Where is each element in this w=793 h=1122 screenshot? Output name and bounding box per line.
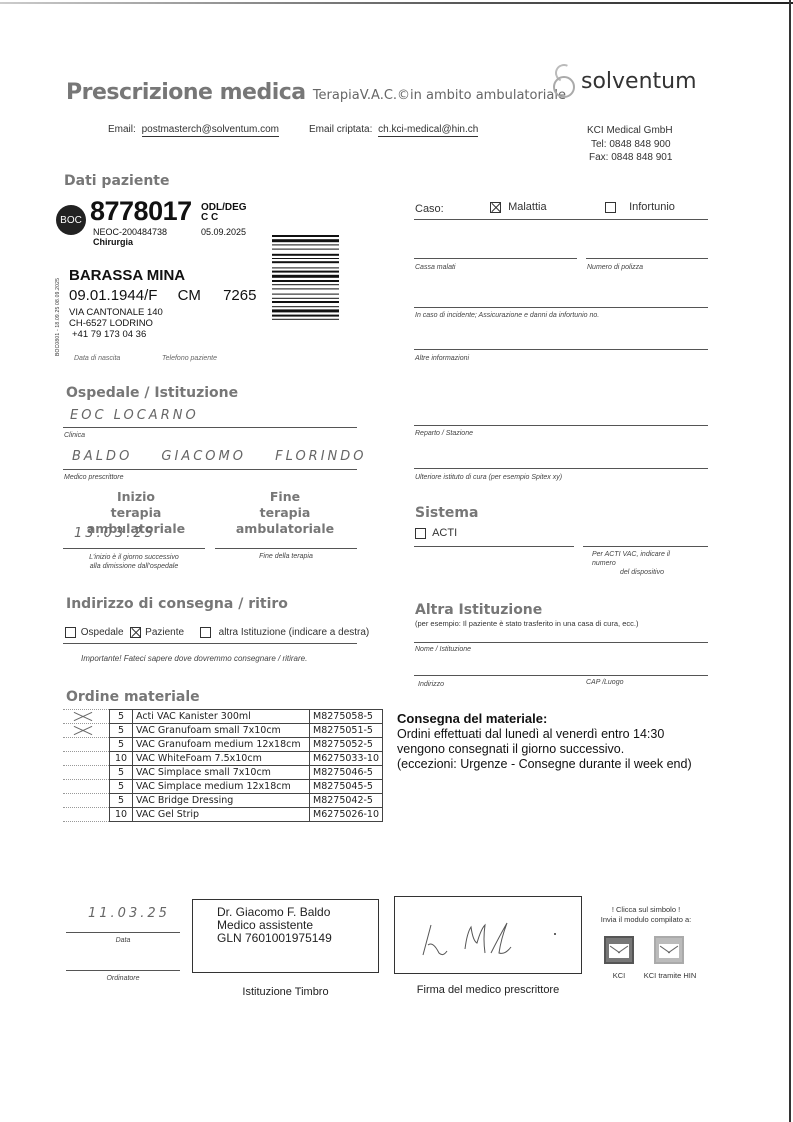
orderer-caption: Ordinatore (66, 975, 180, 982)
row-code: M8275045-5 (310, 780, 383, 794)
therapy-end-field[interactable] (215, 548, 357, 549)
case-label: Caso: (415, 203, 444, 215)
infortunio-checkbox[interactable] (605, 202, 616, 213)
malattia-label: Malattia (508, 201, 547, 213)
ward-field[interactable] (414, 425, 708, 426)
start-caption-1: L'inizio è il giorno successivo (63, 553, 205, 562)
row-description: VAC Granufoam small 7x10cm (133, 724, 310, 738)
table-row: 5VAC Bridge DressingM8275042-5 (63, 794, 383, 808)
device-caption-3: del dispositivo (592, 568, 670, 577)
solventum-logo: solventum (553, 64, 697, 98)
start-caption-2: alla dimissione dall'ospedale (63, 562, 205, 571)
patient-section-title: Dati paziente (64, 173, 170, 189)
delivery-patient-label: Paziente (145, 627, 184, 638)
end-title-1: Fine (215, 489, 355, 505)
row-description: VAC WhiteFoam 7.5x10cm (133, 752, 310, 766)
send-hint-1: ! Clicca sul simbolo ! (590, 905, 702, 915)
orderer-field[interactable] (66, 970, 180, 971)
row-qty: 5 (110, 780, 133, 794)
table-row: 5Acti VAC Kanister 300mlM8275058-5 (63, 710, 383, 724)
policy-caption: Numero di polizza (587, 264, 643, 271)
signature-scribble (395, 897, 581, 973)
scan-top-edge (0, 2, 793, 4)
therapy-start-line (63, 548, 205, 549)
patient-code: 7265 (223, 287, 256, 304)
email-row: Email: postmasterch@solventum.com (108, 124, 279, 135)
row-code: M6275033-10 (310, 752, 383, 766)
company-contact: KCI Medical GmbH Tel: 0848 848 900 Fax: … (587, 124, 673, 165)
address-line-2: CH-6527 LODRINO (69, 318, 163, 329)
other-institution-address-field[interactable] (414, 675, 708, 676)
signature-box[interactable] (394, 896, 582, 974)
other-info-field[interactable] (414, 349, 708, 350)
therapy-end-caption: Fine della terapia (215, 553, 357, 560)
insurer-field[interactable] (414, 258, 577, 259)
delivery-info: Consegna del materiale: Ordini effettuat… (397, 711, 692, 772)
row-code: M8275042-5 (310, 794, 383, 808)
doctor-line (63, 469, 357, 470)
table-row: 10VAC Gel StripM6275026-10 (63, 808, 383, 822)
row-mark[interactable] (63, 724, 110, 738)
row-description: VAC Granufoam medium 12x18cm (133, 738, 310, 752)
other-institution-address-caption: Indirizzo (418, 681, 444, 688)
other-institution-name-field[interactable] (414, 642, 708, 643)
clinic-line (63, 427, 357, 428)
encrypted-email-link[interactable]: ch.kci-medical@hin.ch (378, 124, 478, 137)
row-mark[interactable] (63, 794, 110, 808)
row-description: VAC Simplace small 7x10cm (133, 766, 310, 780)
date-caption: Data (66, 937, 180, 944)
delivery-hospital-checkbox[interactable] (65, 627, 76, 638)
send-hin-button[interactable] (654, 936, 684, 964)
table-row: 5VAC Simplace small 7x10cmM8275046-5 (63, 766, 383, 780)
other-institution-title: Altra Istituzione (415, 602, 542, 618)
scan-right-edge (789, 0, 791, 1122)
row-qty: 5 (110, 710, 133, 724)
send-hint: ! Clicca sul simbolo ! Invia il modulo c… (590, 905, 702, 925)
cc-text: C C (201, 213, 247, 223)
end-title-2: terapia ambulatoriale (215, 505, 355, 537)
neoc-number: NEOC-200484738 (93, 227, 167, 237)
address-line-1: VIA CANTONALE 140 (69, 307, 163, 318)
case-line (414, 219, 708, 220)
other-institution-name-caption: Nome / Istituzione (415, 646, 471, 653)
patient-address: VIA CANTONALE 140 CH-6527 LODRINO +41 79… (69, 307, 163, 340)
company-fax: Fax: 0848 848 901 (587, 151, 673, 165)
row-qty: 5 (110, 766, 133, 780)
table-row: 5VAC Simplace medium 12x18cmM8275045-5 (63, 780, 383, 794)
row-description: VAC Bridge Dressing (133, 794, 310, 808)
barcode (272, 235, 339, 347)
solventum-s-icon (553, 64, 575, 98)
row-description: Acti VAC Kanister 300ml (133, 710, 310, 724)
patient-dob-sex: 09.01.1944/F (69, 287, 157, 304)
table-row: 5VAC Granufoam medium 12x18cmM8275052-5 (63, 738, 383, 752)
company-name: KCI Medical GmbH (587, 124, 673, 138)
delivery-note: Importante! Fateci sapere dove dovremmo … (81, 654, 307, 663)
email-link[interactable]: postmasterch@solventum.com (142, 124, 279, 137)
stamp-gln: GLN 7601001975149 (217, 932, 354, 945)
delivery-info-line2: vengono consegnati il giorno successivo. (397, 742, 692, 757)
accident-field[interactable] (414, 307, 708, 308)
patient-id: 8778017 (90, 196, 192, 227)
row-code: M8275052-5 (310, 738, 383, 752)
device-number-field[interactable] (583, 546, 708, 547)
start-title-1: Inizio (66, 489, 206, 505)
row-mark[interactable] (63, 752, 110, 766)
delivery-line (63, 643, 357, 644)
ward-caption: Reparto / Stazione (415, 430, 473, 437)
case-option-malattia[interactable]: Malattia (490, 201, 547, 213)
row-code: M8275058-5 (310, 710, 383, 724)
infortunio-label: Infortunio (629, 201, 675, 213)
title-text: Prescrizione medica (66, 80, 306, 105)
x-mark-icon (73, 725, 91, 736)
encrypted-email-label: Email criptata: (309, 124, 372, 135)
row-mark[interactable] (63, 766, 110, 780)
company-tel: Tel: 0848 848 900 (587, 138, 673, 152)
send-hin-label: KCI tramite HIN (640, 971, 700, 980)
doctor-value[interactable]: BALDO GIACOMO FLORINDO (72, 449, 367, 464)
row-code: M8275046-5 (310, 766, 383, 780)
acti-line (414, 546, 574, 547)
row-mark[interactable] (63, 738, 110, 752)
odl-block: ODL/DEG C C (201, 203, 247, 223)
row-mark[interactable] (63, 710, 110, 724)
patient-phone: +41 79 173 04 36 (69, 329, 163, 340)
delivery-section-title: Indirizzo di consegna / ritiro (66, 596, 288, 612)
signature-caption: Firma del medico prescrittore (394, 984, 582, 996)
delivery-patient-checkbox[interactable] (130, 627, 141, 638)
row-description: VAC Gel Strip (133, 808, 310, 822)
delivery-info-line3: (eccezioni: Urgenze - Consegne durante i… (397, 757, 692, 772)
row-code: M8275051-5 (310, 724, 383, 738)
boc-badge: BOC (56, 205, 86, 235)
system-option-acti[interactable]: ACTI (415, 527, 457, 539)
accident-caption: In caso di incidente; Assicurazione e da… (415, 312, 599, 319)
row-mark[interactable] (63, 808, 110, 822)
clinic-value[interactable]: EOC LOCARNO (70, 408, 199, 423)
delivery-other-checkbox[interactable] (200, 627, 211, 638)
date-value[interactable]: 11.03.25 (88, 906, 170, 921)
doctor-caption: Medico prescrittore (64, 474, 124, 481)
vertical-label-id: BOC0801 - 18.09.25 08.09.2025 (55, 268, 61, 356)
other-care-caption: Ulteriore istituto di cura (per esempio … (415, 474, 562, 481)
logo-text: solventum (581, 69, 697, 94)
delivery-other-label: altra Istituzione (indicare a destra) (219, 627, 370, 638)
phone-caption: Telefono paziente (162, 355, 217, 362)
delivery-options: Ospedale Paziente altra Istituzione (ind… (65, 627, 369, 638)
acti-checkbox[interactable] (415, 528, 426, 539)
insurer-caption: Cassa malati (415, 264, 455, 271)
date-line (66, 932, 180, 933)
delivery-hospital-label: Ospedale (81, 627, 124, 638)
email-label: Email: (108, 124, 136, 135)
form-subtitle: TerapiaV.A.C.©in ambito ambulatoriale (313, 88, 566, 103)
system-section-title: Sistema (415, 505, 478, 521)
table-row: 10VAC WhiteFoam 7.5x10cmM6275033-10 (63, 752, 383, 766)
other-care-field[interactable] (414, 468, 708, 469)
table-row: 5VAC Granufoam small 7x10cmM8275051-5 (63, 724, 383, 738)
envelope-key-icon[interactable] (654, 936, 684, 964)
row-qty: 5 (110, 738, 133, 752)
device-caption-2: numero (592, 559, 670, 568)
other-institution-subtitle: (per esempio: Il paziente è stato trasfe… (415, 619, 638, 628)
delivery-info-title: Consegna del materiale: (397, 711, 547, 726)
row-code: M6275026-10 (310, 808, 383, 822)
institution-stamp: Dr. Giacomo F. Baldo Medico assistente G… (192, 899, 379, 973)
row-mark[interactable] (63, 780, 110, 794)
envelope-icon[interactable] (604, 936, 634, 964)
other-institution-zip-caption: CAP /Luogo (586, 679, 624, 686)
therapy-end-title: Fine terapia ambulatoriale (215, 489, 355, 537)
row-qty: 5 (110, 794, 133, 808)
other-info-caption: Altre informazioni (415, 355, 469, 362)
send-hint-2: Invia il modulo compilato a: (590, 915, 702, 925)
acti-label: ACTI (432, 527, 457, 539)
policy-field[interactable] (586, 258, 708, 259)
order-table: 5Acti VAC Kanister 300mlM8275058-55VAC G… (63, 709, 383, 822)
malattia-checkbox[interactable] (490, 202, 501, 213)
therapy-start-caption: L'inizio è il giorno successivo alla dim… (63, 553, 205, 571)
x-mark-icon (73, 711, 91, 722)
row-qty: 5 (110, 724, 133, 738)
row-description: VAC Simplace medium 12x18cm (133, 780, 310, 794)
send-kci-button[interactable] (604, 936, 634, 964)
delivery-info-line1: Ordini effettuati dal lunedì al venerdì … (397, 727, 692, 742)
patient-cm: CM (178, 287, 201, 304)
row-qty: 10 (110, 752, 133, 766)
encrypted-email-row: Email criptata: ch.kci-medical@hin.ch (309, 124, 478, 135)
form-title: Prescrizione medica TerapiaV.A.C.©in amb… (66, 80, 566, 105)
order-section-title: Ordine materiale (66, 689, 200, 705)
device-number-caption: Per ACTI VAC, indicare il numero del dis… (592, 550, 670, 577)
label-date: 05.09.2025 (201, 227, 246, 237)
send-kci-label: KCI (604, 971, 634, 980)
hospital-section-title: Ospedale / Istituzione (66, 385, 238, 401)
patient-dob-row: 09.01.1944/F CM 7265 (69, 287, 256, 304)
case-option-infortunio[interactable]: Infortunio (605, 201, 675, 213)
device-caption-1: Per ACTI VAC, indicare il (592, 550, 670, 559)
therapy-start-value[interactable]: 13.03.25 (74, 526, 156, 541)
row-qty: 10 (110, 808, 133, 822)
clinic-caption: Clinica (64, 432, 85, 439)
department: Chirurgia (93, 237, 133, 247)
patient-name: BARASSA MINA (69, 267, 185, 284)
dob-caption: Data di nascita (74, 355, 120, 362)
stamp-caption: Istituzione Timbro (192, 986, 379, 998)
